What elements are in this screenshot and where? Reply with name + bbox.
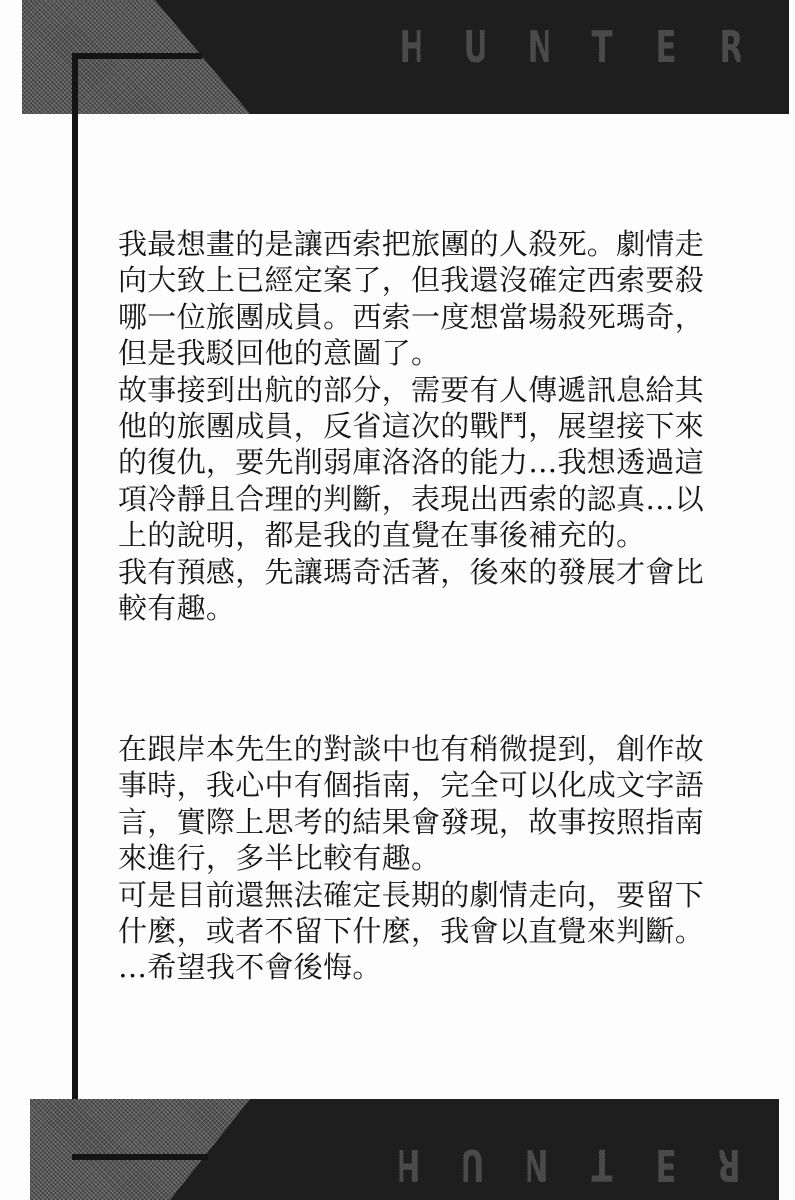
text-line: 在跟岸本先生的對談中也有稍微提到，創作故 xyxy=(118,731,718,767)
logo-letter: H xyxy=(400,26,421,70)
text-line: …希望我不會後悔。 xyxy=(118,949,718,985)
text-line: 什麼，或者不留下什麼，我會以直覺來判斷。 xyxy=(118,913,718,949)
text-line: 但是我駁回他的意圖了。 xyxy=(118,335,718,371)
logo-letter: R xyxy=(720,26,741,70)
text-line: 較有趣。 xyxy=(118,590,718,626)
text-line: 他的旅團成員，反省這次的戰鬥，展望接下來 xyxy=(118,408,718,444)
text-line: 我最想畫的是讓西索把旅團的人殺死。劇情走 xyxy=(118,226,718,262)
text-line: 來進行，多半比較有趣。 xyxy=(118,840,718,876)
text-line: 可是目前還無法確定長期的劇情走向，要留下 xyxy=(118,877,718,913)
logo-letter: H xyxy=(400,1142,421,1186)
text-line: 上的說明，都是我的直覺在事後補充的。 xyxy=(118,517,718,553)
logo-letter: N xyxy=(528,1142,549,1186)
text-line: 的復仇，要先削弱庫洛洛的能力…我想透過這 xyxy=(118,444,718,480)
logo-letter: U xyxy=(464,26,485,70)
logo-letter: N xyxy=(528,26,549,70)
footer-logo-hunter: H U N T E R xyxy=(395,1142,745,1186)
logo-letter: R xyxy=(720,1142,741,1186)
frame-bottom-rule xyxy=(72,1154,208,1160)
logo-letter: U xyxy=(464,1142,485,1186)
frame-top-rule xyxy=(72,53,202,59)
paragraph-block-1: 我最想畫的是讓西索把旅團的人殺死。劇情走 向大致上已經定案了，但我還沒確定西索要… xyxy=(118,226,718,626)
text-line: 言，實際上思考的結果會發現，故事按照指南 xyxy=(118,804,718,840)
logo-letter: E xyxy=(656,26,677,70)
text-line: 哪一位旅團成員。西索一度想當場殺死瑪奇， xyxy=(118,299,718,335)
text-line: 項冷靜且合理的判斷，表現出西索的認真…以 xyxy=(118,481,718,517)
paragraph-block-2: 在跟岸本先生的對談中也有稍微提到，創作故 事時，我心中有個指南，完全可以化成文字… xyxy=(118,731,718,986)
header-logo-hunter: H U N T E R xyxy=(395,26,745,70)
text-line: 我有預感，先讓瑪奇活著，後來的發展才會比 xyxy=(118,554,718,590)
text-line: 故事接到出航的部分，需要有人傳遞訊息給其 xyxy=(118,372,718,408)
logo-letter: T xyxy=(592,26,613,70)
frame-left-rule xyxy=(72,53,78,1160)
logo-letter: E xyxy=(656,1142,677,1186)
text-line: 向大致上已經定案了，但我還沒確定西索要殺 xyxy=(118,262,718,298)
logo-letter: T xyxy=(592,1142,613,1186)
text-line: 事時，我心中有個指南，完全可以化成文字語 xyxy=(118,767,718,803)
